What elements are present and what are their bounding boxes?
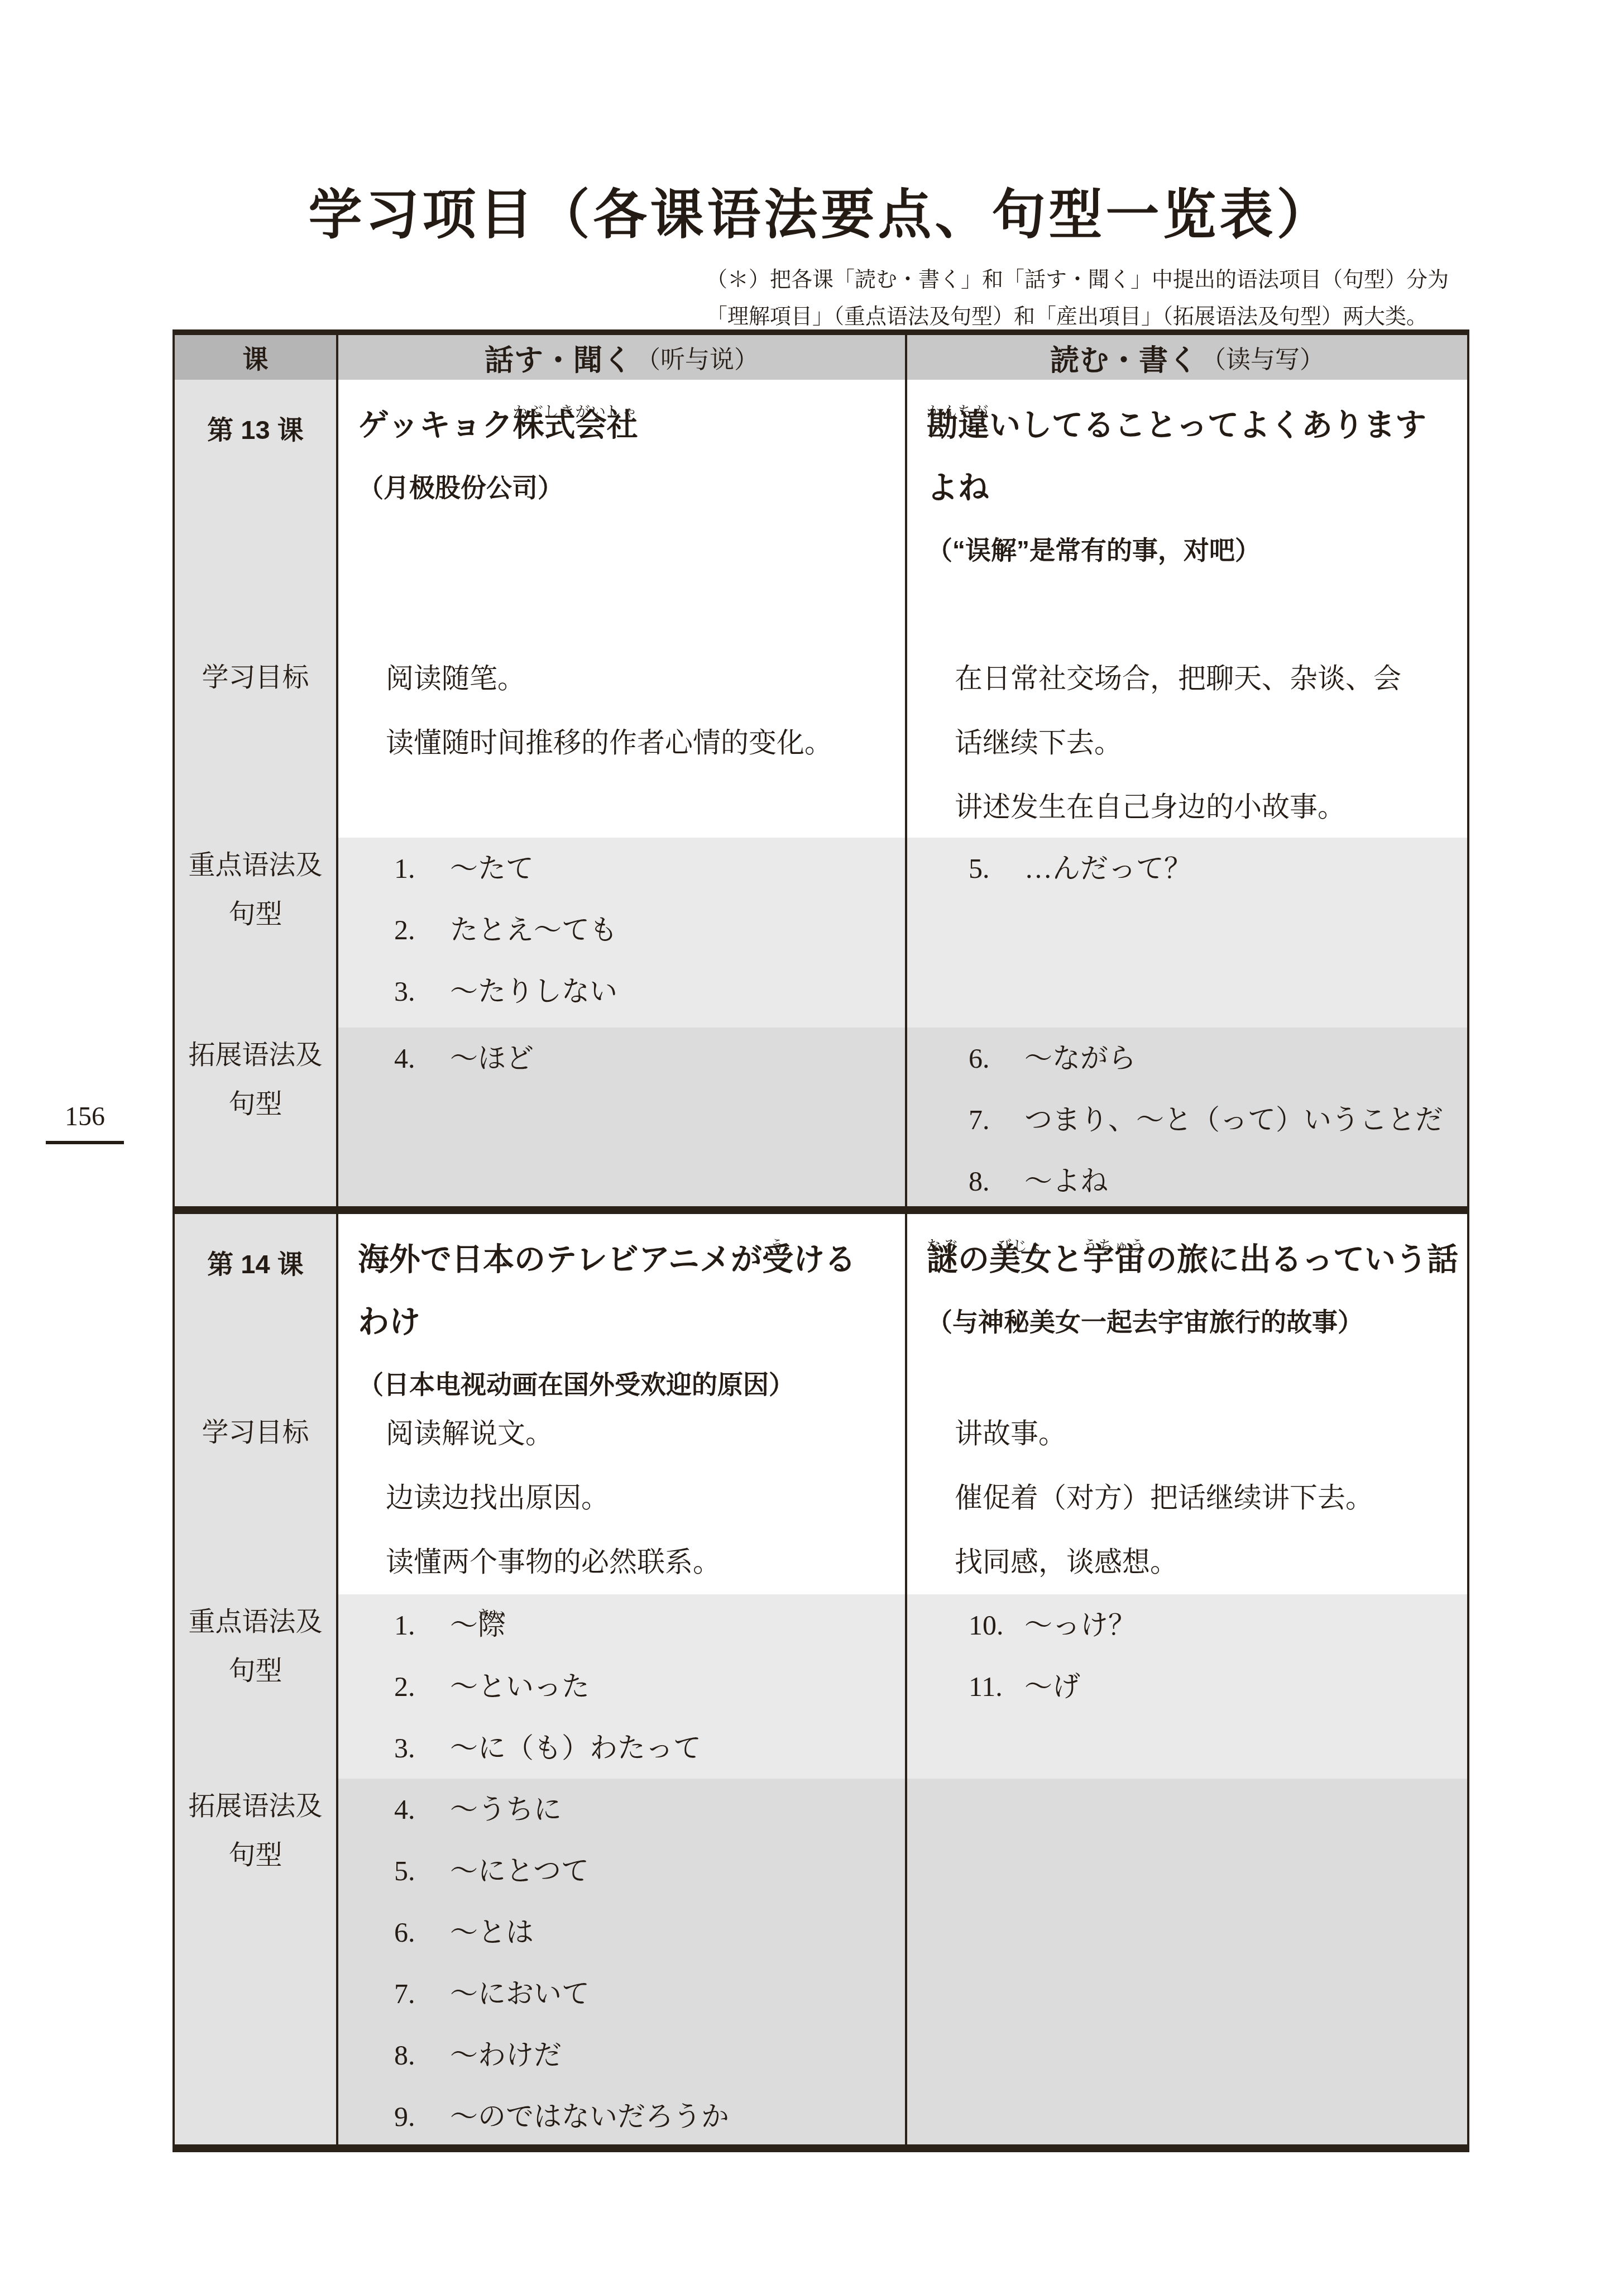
text-line: 阅读解说文。	[386, 1402, 899, 1466]
text-line: 读懂随时间推移的作者心情的变化。	[386, 711, 899, 775]
grammar-item: 3.～たりしない	[394, 961, 900, 1022]
textbook-page: 学习项目（各课语法要点、句型一览表） （＊）把各课「読む・書く」和「話す・聞く」…	[0, 0, 1624, 2284]
grammar-item-text: ～たりしない	[450, 976, 617, 1007]
grammar-item-text: ～に（も）わたって	[450, 1732, 701, 1764]
text-line: 在日常社交场合，把聊天、杂谈、会	[955, 647, 1462, 711]
grammar-item: 4.～うちに	[394, 1779, 900, 1840]
grammar-item-number: 3.	[394, 961, 450, 1022]
grammar-item: 2.～といった	[394, 1656, 900, 1717]
grammar-item-number: 5.	[394, 1840, 450, 1901]
header-cell-lesson: 课	[175, 335, 338, 380]
block-divider	[175, 1206, 1467, 1214]
grammar-item: 1.～たて	[394, 838, 900, 899]
grammar-item-text: ～たて	[450, 853, 534, 884]
lesson14-ext-label-cell: 拓展语法及句型	[175, 1779, 338, 2144]
text-line: 讲故事。	[955, 1402, 1462, 1466]
grammar-item-text: ～うちに	[450, 1794, 562, 1825]
grammar-item-text: …んだって？	[1024, 853, 1192, 884]
text-line: 拓展语法及	[175, 1031, 336, 1080]
grammar-item: 1.～際さい	[394, 1594, 900, 1656]
grammar-item-text: ～において	[450, 1978, 590, 2009]
grammar-item: 7.つまり、～と（って）いうことだ	[969, 1089, 1463, 1150]
lesson14-read-title: 謎なぞの美女びじょと宇宙うちゅうの旅に出るっていう話	[927, 1228, 1459, 1291]
grammar-item-number: 6.	[969, 1028, 1024, 1089]
lesson13-ext-label-cell: 拓展语法及句型	[175, 1028, 338, 1206]
grammar-item-text: ～とは	[450, 1917, 534, 1948]
lesson13-read-key-items: 5.…んだって？	[907, 838, 1467, 1028]
note-line-1: （＊）把各课「読む・書く」和「話す・聞く」中提出的语法项目（句型）分为	[706, 261, 1449, 298]
lesson14-key-label-cell: 重点语法及句型	[175, 1594, 338, 1779]
grammar-item-text: つまり、～と（って）いうことだ	[1024, 1104, 1443, 1135]
grammar-item-text: ～っけ？	[1024, 1609, 1136, 1641]
grammar-item-number: 10.	[969, 1594, 1024, 1656]
goal-label: 学习目标	[175, 1402, 336, 1449]
grammar-item-number: 5.	[969, 838, 1024, 899]
grammar-item: 8.～よね	[969, 1150, 1463, 1206]
lesson14-read-key-items: 10.～っけ？11.～げ	[907, 1594, 1467, 1779]
lesson14-speak-title: 海外で日本のテレビアニメが受うけるわけ	[358, 1228, 897, 1353]
text-line: 讲述发生在自己身边的小故事。	[955, 775, 1462, 838]
lesson14-speak-key-items: 1.～際さい2.～といった3.～に（も）わたって	[338, 1594, 907, 1779]
page-number: 156	[46, 1101, 124, 1144]
lesson13-speak-ext-items: 4.～ほど	[338, 1028, 907, 1206]
lesson13-speak-title: ゲッキョク株式会社かぶしきがいしゃ	[358, 394, 897, 456]
title-line: 謎なぞの美女びじょと宇宙うちゅうの旅に出るっていう話	[927, 1228, 1459, 1291]
text-line: 话继续下去。	[955, 711, 1462, 775]
title-line: よね	[927, 456, 1459, 519]
grammar-item-text: ～際さい	[450, 1609, 506, 1641]
title-line: わけ	[358, 1291, 897, 1353]
header-speak-cn: （听与说）	[636, 340, 759, 375]
title-line: ゲッキョク株式会社かぶしきがいしゃ	[358, 394, 897, 456]
grammar-item-number: 7.	[969, 1089, 1024, 1150]
text-line: 句型	[175, 890, 336, 939]
goal-label: 学习目标	[175, 647, 336, 694]
grammar-item-number: 7.	[394, 1963, 450, 2024]
grammar-item-number: 4.	[394, 1779, 450, 1840]
lesson13-number-cell: 第 13 课	[175, 380, 338, 647]
text-line: 重点语法及	[175, 841, 336, 890]
grammar-item: 3.～に（も）わたって	[394, 1717, 900, 1779]
lesson13-read-ext-items: 6.～ながら7.つまり、～と（って）いうことだ8.～よね	[907, 1028, 1467, 1206]
title-line: 海外で日本のテレビアニメが受うける	[358, 1228, 897, 1291]
grammar-item-number: 1.	[394, 1594, 450, 1656]
text-line: 催促着（对方）把话继续讲下去。	[955, 1466, 1462, 1530]
lesson14-read-subtitle: （与神秘美女一起去宇宙旅行的故事）	[927, 1291, 1459, 1353]
grammar-item: 6.～とは	[394, 1901, 900, 1963]
grammar-item-text: ～ほど	[450, 1043, 534, 1074]
lesson14-number-cell: 第 14 课	[175, 1214, 338, 1402]
grammar-item-text: ～わけだ	[450, 2039, 562, 2071]
lesson14-speak-ext-items: 4.～うちに5.～にとつて6.～とは7.～において8.～わけだ9.～のではないだ…	[338, 1779, 907, 2144]
header-cell-read: 読む・書く （读与写）	[907, 335, 1467, 380]
grammar-item-text: ～にとつて	[450, 1855, 589, 1886]
grammar-item-text: ～ながら	[1024, 1043, 1136, 1074]
summary-table: 课 話す・聞く （听与说） 読む・書く （读与写） 第 13 课 ゲッキョク株式…	[173, 329, 1469, 2152]
grammar-item-number: 4.	[394, 1028, 450, 1089]
text-line: 句型	[175, 1080, 336, 1129]
grammar-item-text: ～といった	[450, 1671, 590, 1702]
grammar-item-number: 9.	[394, 2086, 450, 2144]
grammar-item-number: 8.	[969, 1150, 1024, 1206]
grammar-item: 5.…んだって？	[969, 838, 1463, 899]
grammar-item-number: 1.	[394, 838, 450, 899]
text-line: 读懂两个事物的必然联系。	[386, 1530, 899, 1594]
lesson13-read-goals: 在日常社交场合，把聊天、杂谈、会话继续下去。讲述发生在自己身边的小故事。	[907, 647, 1467, 838]
lesson14-read-ext-items	[907, 1779, 1467, 2144]
title-line: 勘違かんちがいしてることってよくあります	[927, 394, 1459, 456]
grammar-item: 4.～ほど	[394, 1028, 900, 1089]
text-line: 重点语法及	[175, 1598, 336, 1647]
header-cell-speak: 話す・聞く （听与说）	[338, 335, 907, 380]
grammar-item-text: ～よね	[1024, 1165, 1108, 1197]
text-line: 边读边找出原因。	[386, 1466, 899, 1530]
lesson13-read-title-cell: 勘違かんちがいしてることってよくありますよね （“误解”是常有的事，对吧）	[907, 380, 1467, 647]
grammar-item-number: 11.	[969, 1656, 1024, 1717]
grammar-item-number: 6.	[394, 1901, 450, 1963]
grammar-item-number: 8.	[394, 2024, 450, 2086]
lesson14-speak-subtitle: （日本电视动画在国外受欢迎的原因）	[358, 1353, 897, 1402]
lesson14-read-goals: 讲故事。催促着（对方）把话继续讲下去。找同感，谈感想。	[907, 1402, 1467, 1594]
grammar-item-number: 3.	[394, 1717, 450, 1779]
lesson13-speak-subtitle: （月极股份公司）	[358, 456, 897, 519]
grammar-item: 6.～ながら	[969, 1028, 1463, 1089]
header-read-cn: （读与写）	[1201, 340, 1324, 375]
note: （＊）把各课「読む・書く」和「話す・聞く」中提出的语法项目（句型）分为 「理解項…	[706, 261, 1449, 335]
lesson14-goal-label-cell: 学习目标	[175, 1402, 338, 1594]
lesson13-number: 第 13 课	[175, 380, 336, 447]
grammar-item-text: ～げ	[1024, 1671, 1080, 1702]
grammar-item: 7.～において	[394, 1963, 900, 2024]
text-line: 阅读随笔。	[386, 647, 899, 711]
lesson13-key-label-cell: 重点语法及句型	[175, 838, 338, 1028]
header-speak-jp: 話す・聞く	[485, 337, 633, 379]
text-line: 找同感，谈感想。	[955, 1530, 1462, 1594]
grammar-item-text: ～のではないだろうか	[450, 2101, 729, 2132]
grammar-item-number: 2.	[394, 899, 450, 961]
lesson13-speak-key-items: 1.～たて2.たとえ～ても3.～たりしない	[338, 838, 907, 1028]
grammar-item-text: たとえ～ても	[450, 914, 617, 945]
text-line: 句型	[175, 1831, 336, 1880]
summary-table-grid: 课 話す・聞く （听与说） 読む・書く （读与写） 第 13 课 ゲッキョク株式…	[175, 335, 1467, 2144]
grammar-item: 11.～げ	[969, 1656, 1463, 1717]
lesson14-speak-title-cell: 海外で日本のテレビアニメが受うけるわけ （日本电视动画在国外受欢迎的原因）	[338, 1214, 907, 1402]
grammar-item: 8.～わけだ	[394, 2024, 900, 2086]
lesson13-goal-label-cell: 学习目标	[175, 647, 338, 838]
grammar-item: 9.～のではないだろうか	[394, 2086, 900, 2144]
header-lesson-label: 课	[243, 339, 269, 376]
lesson13-speak-title-cell: ゲッキョク株式会社かぶしきがいしゃ （月极股份公司）	[338, 380, 907, 647]
lesson13-speak-goals: 阅读随笔。读懂随时间推移的作者心情的变化。	[338, 647, 907, 838]
grammar-item: 10.～っけ？	[969, 1594, 1463, 1656]
grammar-item: 2.たとえ～ても	[394, 899, 900, 961]
text-line: 句型	[175, 1647, 336, 1696]
lesson13-read-title: 勘違かんちがいしてることってよくありますよね	[927, 394, 1459, 519]
lesson14-read-title-cell: 謎なぞの美女びじょと宇宙うちゅうの旅に出るっていう話 （与神秘美女一起去宇宙旅行…	[907, 1214, 1467, 1402]
header-read-jp: 読む・書く	[1050, 337, 1198, 379]
lesson14-number: 第 14 课	[175, 1214, 336, 1281]
lesson14-speak-goals: 阅读解说文。边读边找出原因。读懂两个事物的必然联系。	[338, 1402, 907, 1594]
grammar-item-number: 2.	[394, 1656, 450, 1717]
text-line: 拓展语法及	[175, 1782, 336, 1831]
page-title: 学习项目（各课语法要点、句型一览表）	[173, 172, 1469, 249]
grammar-item: 5.～にとつて	[394, 1840, 900, 1901]
lesson13-read-subtitle: （“误解”是常有的事，对吧）	[927, 519, 1459, 581]
